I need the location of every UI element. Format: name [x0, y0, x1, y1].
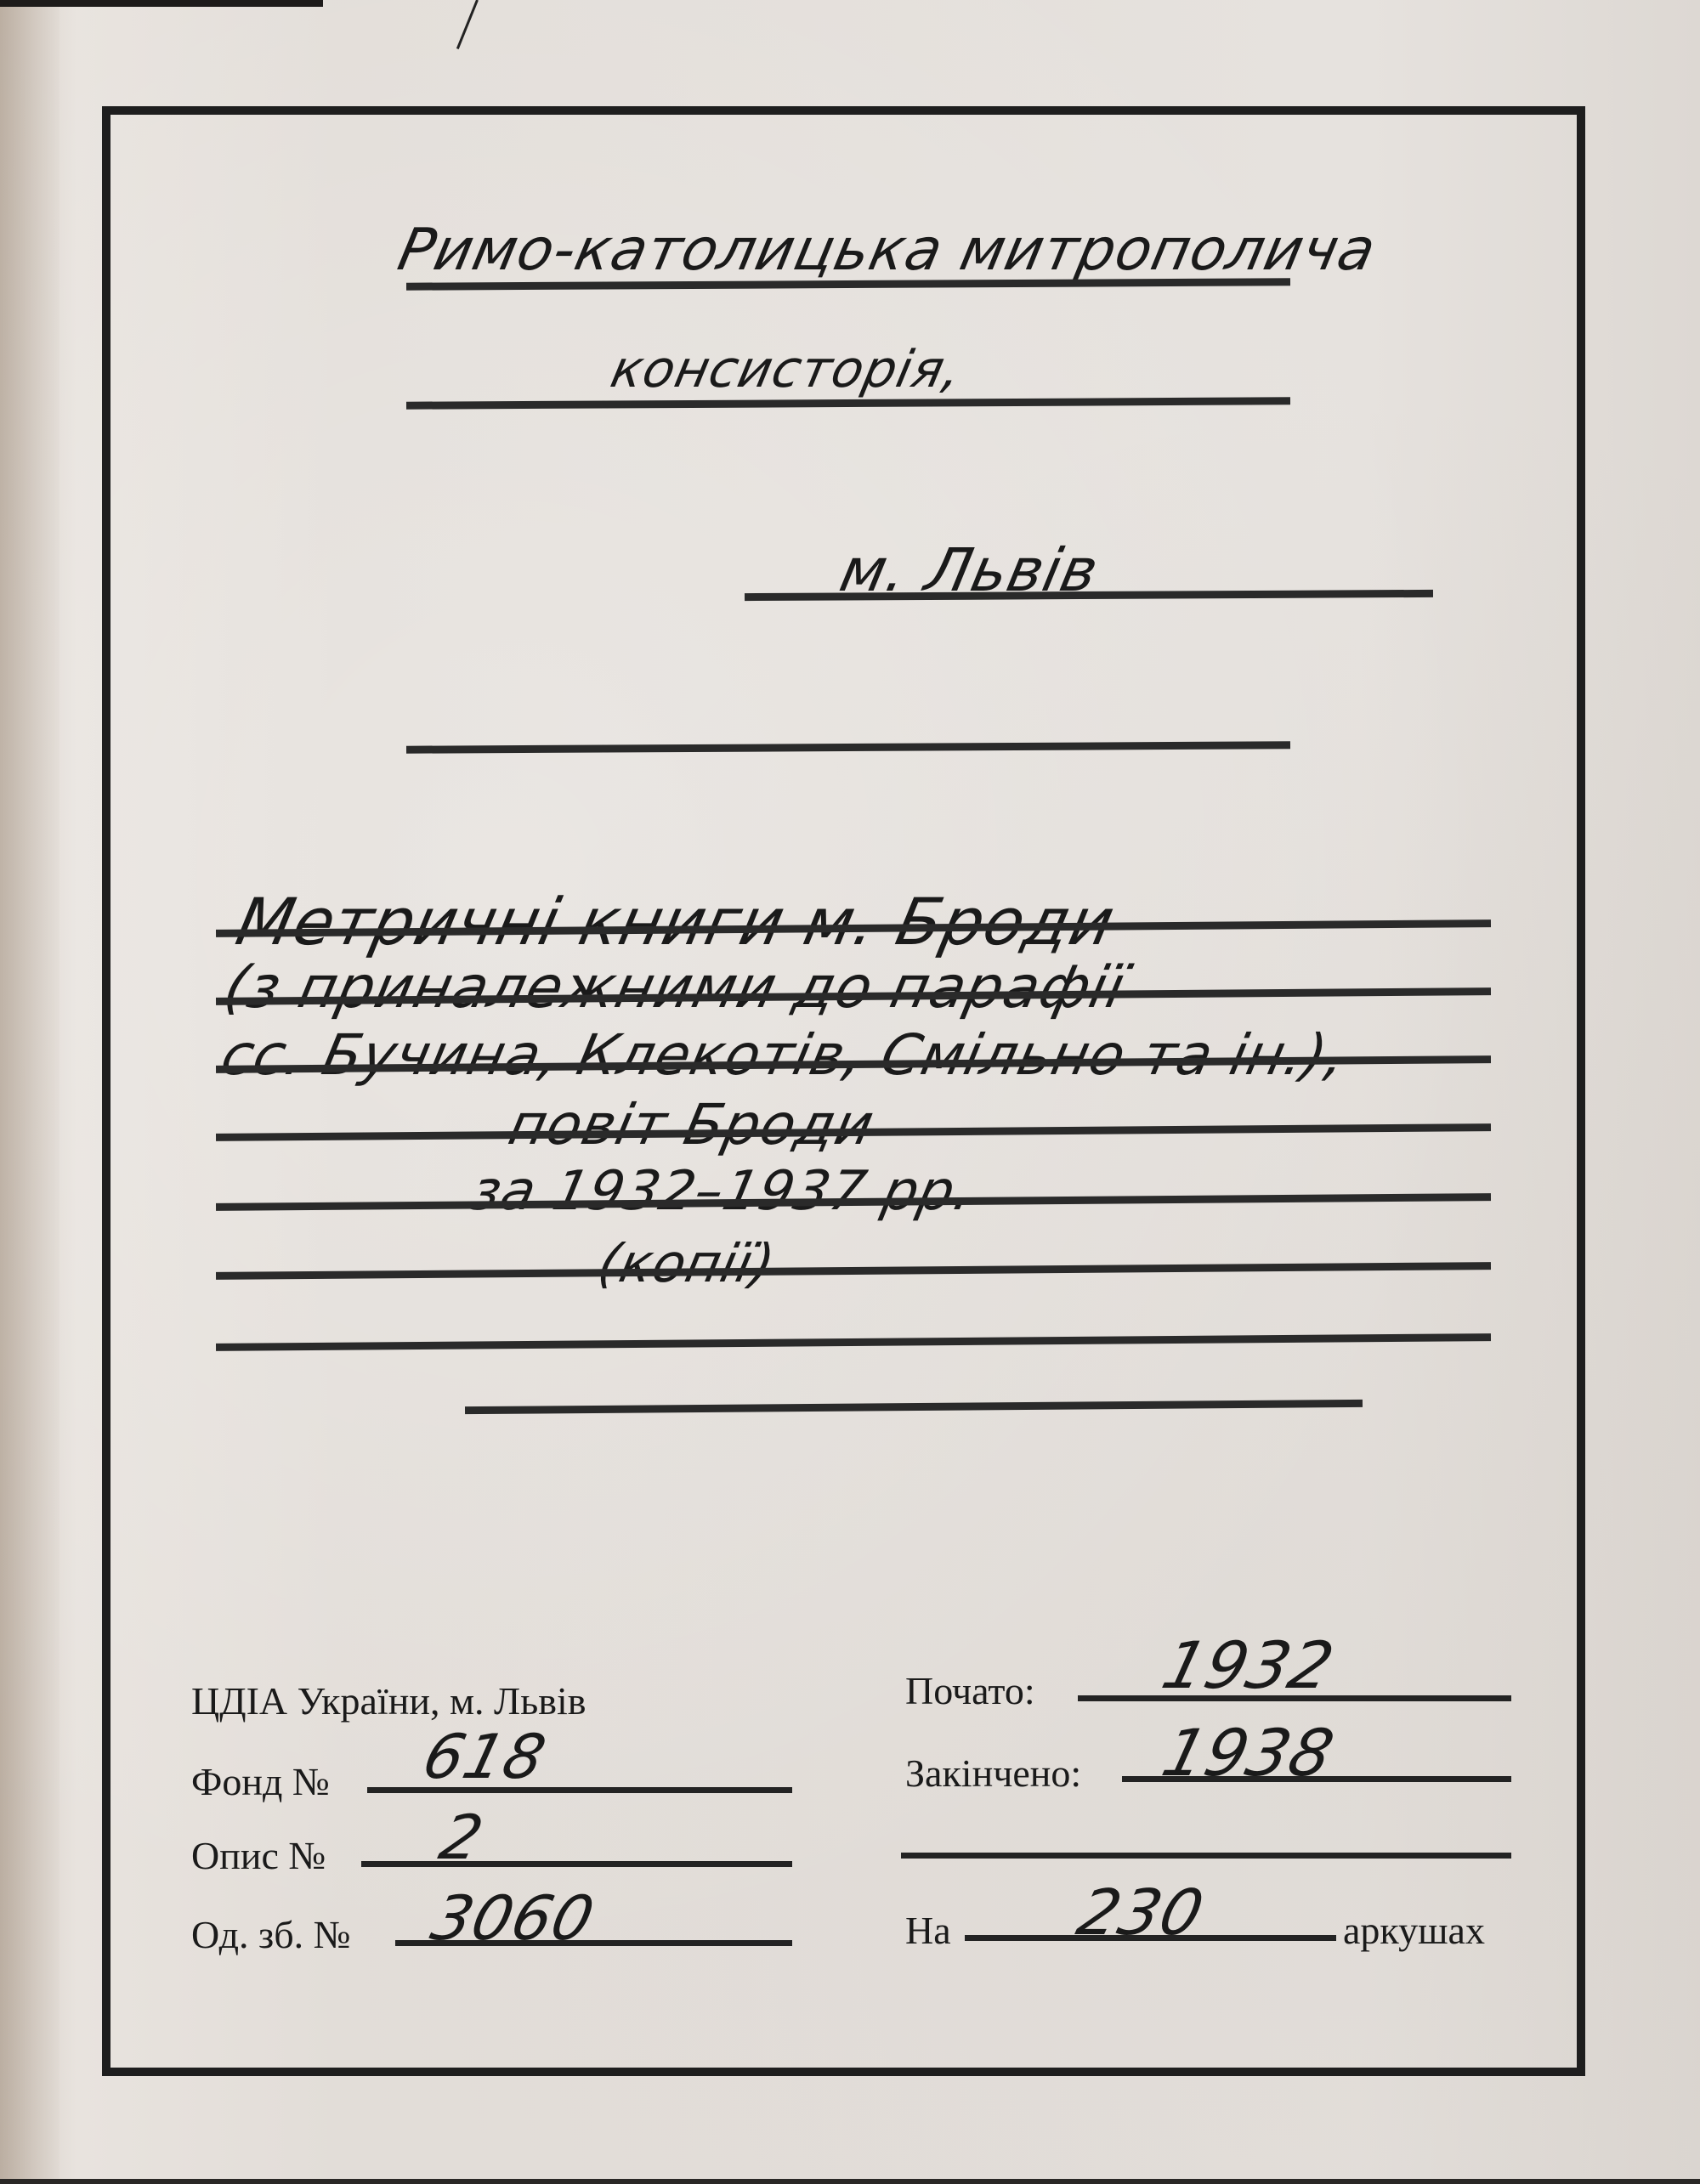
title-line-3: сс. Бучина, Клекотів, Смільно та ін.), [216, 1022, 1352, 1088]
fond-label: Фонд № [191, 1759, 330, 1804]
sheets-prefix: На [905, 1908, 951, 1953]
bottom-edge [0, 2179, 1700, 2184]
sheets-rule [965, 1935, 1336, 1941]
spine-stain [0, 0, 59, 2184]
blank-rule [901, 1853, 1511, 1859]
finished-label: Закінчено: [905, 1751, 1081, 1796]
opys-label: Опис № [191, 1833, 326, 1878]
fond-value: 618 [416, 1721, 553, 1792]
title-line-4: повіт Броди [503, 1092, 881, 1157]
finished-rule [1122, 1776, 1511, 1782]
header-line-2: консисторія, [606, 340, 968, 399]
title-line-5: за 1932–1937 рр. [465, 1160, 979, 1223]
header-line-1: Римо-католицька митрополича [393, 217, 1382, 284]
unit-label: Од. зб. № [191, 1912, 350, 1957]
title-line-1: Метричні книги м. Броди [230, 884, 1122, 959]
fond-rule [367, 1787, 792, 1793]
started-value: 1932 [1155, 1627, 1342, 1703]
archive-institution: ЦДІА України, м. Львів [191, 1678, 586, 1723]
started-rule [1078, 1695, 1511, 1701]
torn-top-edge [0, 0, 323, 7]
title-line-6: (копії) [592, 1232, 780, 1294]
opys-rule [361, 1861, 792, 1867]
sheets-suffix: аркушах [1343, 1908, 1485, 1953]
title-line-2: (з приналежними до парафії [218, 954, 1131, 1021]
unit-rule [395, 1940, 792, 1946]
started-label: Почато: [905, 1668, 1035, 1713]
